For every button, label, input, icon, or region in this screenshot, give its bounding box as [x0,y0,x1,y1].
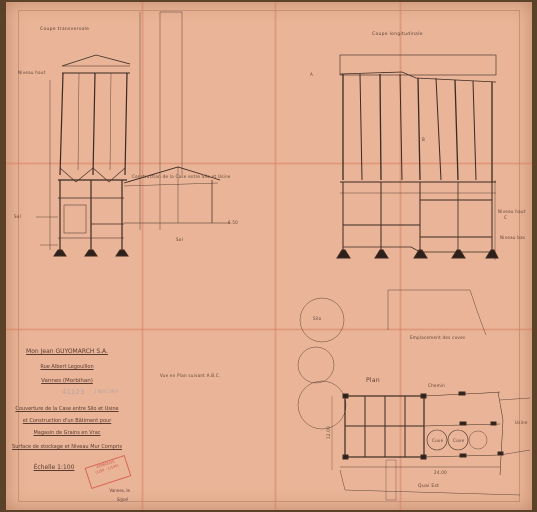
plan-drawing [298,290,530,500]
transverse-section-drawing [36,12,230,256]
approval-stamp: APPROUVÉ (1/50 - 1/100) [85,455,132,489]
transverse-section-title: Coupe transversale [40,27,89,32]
plan-note-2: Chemin [428,383,445,388]
right-side-note-2: Niveau bas [500,235,525,240]
right-side-note-1: Niveau haut [498,209,526,214]
title-block: Mon Jean GUYOMARCH S.A. Rue Albert Legou… [4,334,130,506]
title-line-project-4: Surface de stockage et Niveau Mur Compri… [4,444,130,450]
plan-note-3: Usine [515,420,528,425]
annex-floor-label: Sol [176,237,183,242]
left-top-level-label: Niveau haut [18,70,46,75]
silo-circle-label: Silo [313,316,321,321]
annex-caption: Construction de la Case entre Silo et Us… [132,174,231,179]
right-level-c: C [504,215,507,220]
plan-note-1: Emplacement des cuves [410,335,465,340]
signature: Signé [44,497,128,502]
title-line-project-3: Magasin de Grains en Vrac [4,430,130,436]
title-line-street: Rue Albert Legouillon [4,364,130,370]
title-line-project-2: et Construction d'un Bâtiment pour [4,418,130,424]
title-line-project-1: Couverture de la Case entre Silo et Usin… [4,406,130,412]
plan-dim-2: 12.00 [326,426,331,439]
tank-1-label: Cuve [432,438,443,443]
plan-label: Plan [366,377,380,384]
title-line-owner: Mon Jean GUYOMARCH S.A. [4,348,130,355]
view-label: Vue en Plan suivant A.B.C. [160,373,221,378]
right-level-b: B [422,137,425,142]
scale-label: Échelle 1:100 [14,464,94,471]
height-mark: 6.50 [228,220,238,225]
title-line-city: Vannes (Morbihan) [4,378,130,384]
archive-date: 1 NOV 1963 [94,389,118,394]
left-floor-level-label: Sol [14,214,21,219]
archive-number: 41123 [62,388,84,396]
longitudinal-section-title: Coupe longitudinale [372,32,423,37]
place-date: Vannes, le [44,488,130,493]
tank-2-label: Cuve [453,438,464,443]
plan-note-4: Quai Est [418,484,439,489]
plan-dim-1: 24.00 [434,470,447,475]
longitudinal-section-drawing [337,55,498,260]
right-level-a: A [310,72,313,77]
